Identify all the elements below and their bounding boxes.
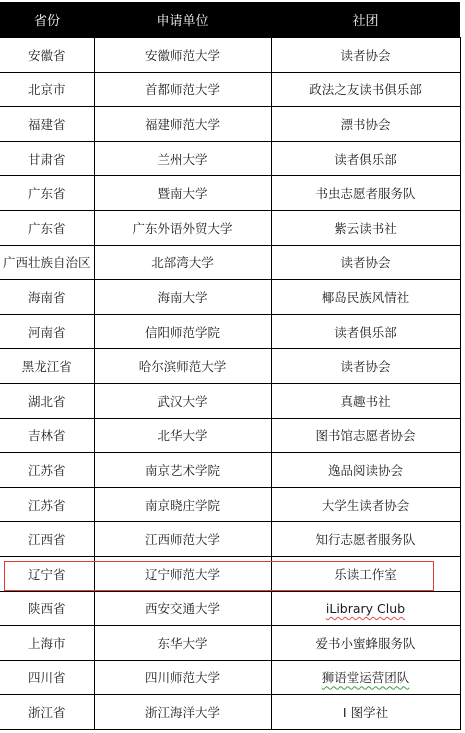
table-row: 江西省江西师范大学知行志愿者服务队 bbox=[0, 522, 460, 557]
table-row: 辽宁省辽宁师范大学乐读工作室 bbox=[0, 556, 460, 591]
table-row: 湖北省武汉大学真趣书社 bbox=[0, 383, 460, 418]
cell-club: 读者协会 bbox=[271, 245, 460, 280]
cell-province-text: 北京市 bbox=[28, 82, 66, 97]
cell-club: iLibrary Club bbox=[271, 591, 460, 626]
cell-unit: 辽宁师范大学 bbox=[94, 556, 271, 591]
club-table: 省份 申请单位 社团 安徽省安徽师范大学读者协会北京市首都师范大学政法之友读书俱… bbox=[0, 2, 461, 730]
table-row: 河南省信阳师范学院读者俱乐部 bbox=[0, 314, 460, 349]
cell-province-text: 福建省 bbox=[28, 117, 66, 132]
cell-club-text: 图书馆志愿者协会 bbox=[315, 428, 415, 443]
cell-province-text: 江西省 bbox=[28, 532, 66, 547]
table-row: 广东省暨南大学书虫志愿者服务队 bbox=[0, 176, 460, 211]
cell-unit-text: 安徽师范大学 bbox=[145, 48, 220, 63]
cell-unit: 浙江海洋大学 bbox=[94, 695, 271, 730]
cell-province: 江苏省 bbox=[0, 487, 94, 522]
cell-unit-text: 北部湾大学 bbox=[151, 255, 214, 270]
cell-club-text: 漂书协会 bbox=[340, 117, 390, 132]
cell-club-text: 爱书小蜜蜂服务队 bbox=[315, 636, 415, 651]
cell-unit: 东华大学 bbox=[94, 626, 271, 661]
cell-province: 福建省 bbox=[0, 107, 94, 142]
cell-club: 大学生读者协会 bbox=[271, 487, 460, 522]
cell-club-text: I 图学社 bbox=[343, 705, 388, 720]
cell-club-text: 政法之友读书俱乐部 bbox=[309, 82, 422, 97]
cell-province: 江苏省 bbox=[0, 453, 94, 488]
cell-unit: 哈尔滨师范大学 bbox=[94, 349, 271, 384]
header-row: 省份 申请单位 社团 bbox=[0, 2, 460, 38]
cell-unit-text: 海南大学 bbox=[157, 290, 207, 305]
cell-club-text: 读者协会 bbox=[340, 359, 390, 374]
cell-unit-text: 四川师范大学 bbox=[145, 670, 220, 685]
table-row: 福建省福建师范大学漂书协会 bbox=[0, 107, 460, 142]
cell-unit: 暨南大学 bbox=[94, 176, 271, 211]
cell-unit: 南京晓庄学院 bbox=[94, 487, 271, 522]
cell-province-text: 黑龙江省 bbox=[22, 359, 72, 374]
cell-club: 图书馆志愿者协会 bbox=[271, 418, 460, 453]
cell-unit: 西安交通大学 bbox=[94, 591, 271, 626]
cell-province-text: 陕西省 bbox=[28, 601, 66, 616]
cell-province: 海南省 bbox=[0, 280, 94, 315]
cell-club-text: 逸品阅读协会 bbox=[328, 463, 403, 478]
cell-unit-text: 福建师范大学 bbox=[145, 117, 220, 132]
cell-club-text: 紫云读书社 bbox=[334, 221, 397, 236]
cell-province: 陕西省 bbox=[0, 591, 94, 626]
table-row: 四川省四川师范大学狮语堂运营团队 bbox=[0, 660, 460, 695]
header-club: 社团 bbox=[271, 2, 460, 38]
cell-unit: 兰州大学 bbox=[94, 141, 271, 176]
cell-unit-text: 南京晓庄学院 bbox=[145, 498, 220, 513]
cell-province-text: 河南省 bbox=[28, 325, 66, 340]
cell-province: 广东省 bbox=[0, 210, 94, 245]
cell-club: 读者俱乐部 bbox=[271, 141, 460, 176]
table-row: 甘肃省兰州大学读者俱乐部 bbox=[0, 141, 460, 176]
table-row: 吉林省北华大学图书馆志愿者协会 bbox=[0, 418, 460, 453]
cell-province-text: 安徽省 bbox=[28, 48, 66, 63]
cell-club-text: 狮语堂运营团队 bbox=[322, 670, 410, 685]
table-row: 广东省广东外语外贸大学紫云读书社 bbox=[0, 210, 460, 245]
cell-club-text: iLibrary Club bbox=[326, 601, 405, 616]
cell-club-text: 真趣书社 bbox=[340, 394, 390, 409]
cell-club: 政法之友读书俱乐部 bbox=[271, 72, 460, 107]
cell-unit-text: 江西师范大学 bbox=[145, 532, 220, 547]
cell-province: 上海市 bbox=[0, 626, 94, 661]
cell-unit-text: 信阳师范学院 bbox=[145, 325, 220, 340]
header-province: 省份 bbox=[0, 2, 94, 38]
cell-club: 乐读工作室 bbox=[271, 556, 460, 591]
table-row: 上海市东华大学爱书小蜜蜂服务队 bbox=[0, 626, 460, 661]
cell-unit-text: 广东外语外贸大学 bbox=[132, 221, 232, 236]
cell-province: 吉林省 bbox=[0, 418, 94, 453]
cell-club: 漂书协会 bbox=[271, 107, 460, 142]
cell-province-text: 江苏省 bbox=[28, 463, 66, 478]
cell-unit-text: 兰州大学 bbox=[157, 152, 207, 167]
table-row: 广西壮族自治区北部湾大学读者协会 bbox=[0, 245, 460, 280]
cell-province-text: 广东省 bbox=[28, 221, 66, 236]
cell-province: 四川省 bbox=[0, 660, 94, 695]
cell-province-text: 江苏省 bbox=[28, 498, 66, 513]
cell-club-text: 读者协会 bbox=[340, 255, 390, 270]
cell-unit: 武汉大学 bbox=[94, 383, 271, 418]
cell-province: 河南省 bbox=[0, 314, 94, 349]
cell-province: 广西壮族自治区 bbox=[0, 245, 94, 280]
cell-province: 甘肃省 bbox=[0, 141, 94, 176]
table-row: 江苏省南京晓庄学院大学生读者协会 bbox=[0, 487, 460, 522]
cell-club: 读者协会 bbox=[271, 349, 460, 384]
cell-province: 北京市 bbox=[0, 72, 94, 107]
cell-unit: 四川师范大学 bbox=[94, 660, 271, 695]
cell-club-text: 读者俱乐部 bbox=[334, 152, 397, 167]
cell-club: 书虫志愿者服务队 bbox=[271, 176, 460, 211]
cell-unit-text: 首都师范大学 bbox=[145, 82, 220, 97]
cell-province: 辽宁省 bbox=[0, 556, 94, 591]
cell-unit-text: 西安交通大学 bbox=[145, 601, 220, 616]
cell-club-text: 读者俱乐部 bbox=[334, 325, 397, 340]
cell-unit: 广东外语外贸大学 bbox=[94, 210, 271, 245]
cell-unit-text: 哈尔滨师范大学 bbox=[139, 359, 227, 374]
cell-province: 广东省 bbox=[0, 176, 94, 211]
cell-province-text: 广西壮族自治区 bbox=[3, 255, 91, 270]
cell-club-text: 椰岛民族风情社 bbox=[322, 290, 410, 305]
cell-club: 狮语堂运营团队 bbox=[271, 660, 460, 695]
cell-club: 椰岛民族风情社 bbox=[271, 280, 460, 315]
table-row: 安徽省安徽师范大学读者协会 bbox=[0, 38, 460, 73]
cell-unit: 安徽师范大学 bbox=[94, 38, 271, 73]
cell-province-text: 四川省 bbox=[28, 670, 66, 685]
cell-province-text: 吉林省 bbox=[28, 428, 66, 443]
cell-club: 真趣书社 bbox=[271, 383, 460, 418]
cell-unit-text: 武汉大学 bbox=[157, 394, 207, 409]
cell-unit-text: 南京艺术学院 bbox=[145, 463, 220, 478]
table-row: 江苏省南京艺术学院逸品阅读协会 bbox=[0, 453, 460, 488]
cell-club: 逸品阅读协会 bbox=[271, 453, 460, 488]
cell-club: 知行志愿者服务队 bbox=[271, 522, 460, 557]
cell-unit: 福建师范大学 bbox=[94, 107, 271, 142]
cell-unit-text: 北华大学 bbox=[157, 428, 207, 443]
table-row: 北京市首都师范大学政法之友读书俱乐部 bbox=[0, 72, 460, 107]
cell-province-text: 甘肃省 bbox=[28, 152, 66, 167]
cell-unit-text: 辽宁师范大学 bbox=[145, 567, 220, 582]
cell-province-text: 海南省 bbox=[28, 290, 66, 305]
cell-unit-text: 浙江海洋大学 bbox=[145, 705, 220, 720]
cell-province-text: 上海市 bbox=[28, 636, 66, 651]
cell-club: 紫云读书社 bbox=[271, 210, 460, 245]
table-row: 浙江省浙江海洋大学I 图学社 bbox=[0, 695, 460, 730]
cell-club: I 图学社 bbox=[271, 695, 460, 730]
header-unit: 申请单位 bbox=[94, 2, 271, 38]
cell-province-text: 辽宁省 bbox=[28, 567, 66, 582]
cell-unit: 北华大学 bbox=[94, 418, 271, 453]
cell-unit-text: 东华大学 bbox=[157, 636, 207, 651]
cell-province: 浙江省 bbox=[0, 695, 94, 730]
cell-unit-text: 暨南大学 bbox=[157, 186, 207, 201]
cell-club-text: 大学生读者协会 bbox=[322, 498, 410, 513]
cell-unit: 南京艺术学院 bbox=[94, 453, 271, 488]
cell-province: 江西省 bbox=[0, 522, 94, 557]
cell-province-text: 广东省 bbox=[28, 186, 66, 201]
cell-province-text: 浙江省 bbox=[28, 705, 66, 720]
cell-club-text: 书虫志愿者服务队 bbox=[315, 186, 415, 201]
cell-province-text: 湖北省 bbox=[28, 394, 66, 409]
cell-club-text: 知行志愿者服务队 bbox=[315, 532, 415, 547]
cell-province: 安徽省 bbox=[0, 38, 94, 73]
cell-province: 湖北省 bbox=[0, 383, 94, 418]
cell-unit: 北部湾大学 bbox=[94, 245, 271, 280]
table-row: 海南省海南大学椰岛民族风情社 bbox=[0, 280, 460, 315]
cell-club-text: 乐读工作室 bbox=[334, 567, 397, 582]
cell-club: 读者俱乐部 bbox=[271, 314, 460, 349]
cell-club: 读者协会 bbox=[271, 38, 460, 73]
table-row: 陕西省西安交通大学iLibrary Club bbox=[0, 591, 460, 626]
cell-club-text: 读者协会 bbox=[340, 48, 390, 63]
cell-unit: 信阳师范学院 bbox=[94, 314, 271, 349]
cell-unit: 海南大学 bbox=[94, 280, 271, 315]
table-row: 黑龙江省哈尔滨师范大学读者协会 bbox=[0, 349, 460, 384]
cell-province: 黑龙江省 bbox=[0, 349, 94, 384]
cell-unit: 江西师范大学 bbox=[94, 522, 271, 557]
cell-unit: 首都师范大学 bbox=[94, 72, 271, 107]
cell-club: 爱书小蜜蜂服务队 bbox=[271, 626, 460, 661]
